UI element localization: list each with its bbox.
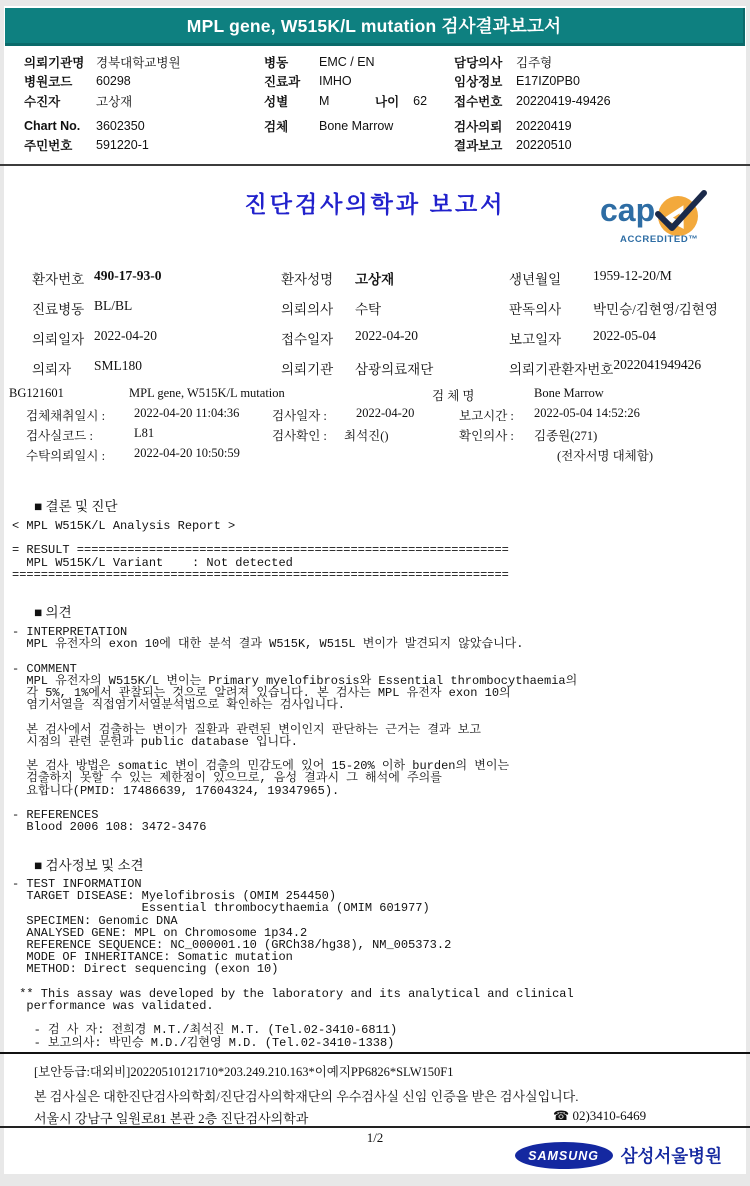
field-value: 60298 — [96, 74, 131, 88]
hospital-logo: SAMSUNG 삼성서울병원 — [515, 1142, 722, 1169]
field-value: IMHO — [319, 74, 352, 88]
testinfo-heading: ■ 검사정보 및 소견 — [34, 854, 144, 874]
report-title-text: MPL gene, W515K/L mutation 검사결과보고서 — [187, 13, 561, 38]
patient-cell: 생년월일 1959-12-20/M — [509, 268, 672, 288]
patient-row: 환자번호 490-17-93-0 환자성명 고상재 생년월일 1959-12-2… — [32, 268, 741, 298]
section-divider — [0, 164, 750, 166]
field-label: 진료병동 — [32, 298, 94, 318]
field-label: 성별 — [264, 92, 319, 110]
certification-statement: 본 검사실은 대한진단검사의학회/진단검사의학재단의 우수검사실 신임 인증을 … — [34, 1086, 579, 1105]
field-value: 2022-04-20 — [355, 328, 418, 348]
field-label: 임상정보 — [454, 72, 516, 90]
cap-accredited-logo: cap ACCREDITED™ — [600, 198, 712, 250]
header-info-table: 의뢰기관명 경북대학교병원 병원코드 60298 수진자 고상재 Chart N… — [24, 52, 741, 162]
opinion-body: - INTERPRETATION MPL 유전자의 exon 10에 대한 분석… — [12, 626, 742, 833]
testdate-value: 2022-04-20 — [356, 406, 414, 421]
field-label: 보고일자 — [509, 328, 593, 348]
field-label: 의뢰기관명 — [24, 53, 96, 71]
field-label: Chart No. — [24, 119, 96, 133]
patient-cell: 의뢰일자 2022-04-20 — [32, 328, 157, 348]
field-value: 고상재 — [355, 268, 394, 288]
info-column-2: 병동 EMC / EN 진료과 IMHO 성별 M 나이 62 검체 Bone … — [264, 52, 459, 135]
reporttime-label: 보고시간 : — [459, 406, 514, 424]
specimen-value: Bone Marrow — [534, 386, 604, 401]
patient-cell: 접수일자 2022-04-20 — [281, 328, 418, 348]
field-value: 591220-1 — [96, 138, 149, 152]
patient-cell: 보고일자 2022-05-04 — [509, 328, 656, 348]
field-label: 접수일자 — [281, 328, 355, 348]
field-label: 검체 — [264, 117, 319, 135]
field-label: 환자성명 — [281, 268, 355, 288]
info-column-3: 담당의사 김주형 임상정보 E17IZ0PB0 접수번호 20220419-49… — [454, 52, 749, 155]
request-value: 2022-04-20 10:50:59 — [134, 446, 240, 461]
field-label: 의뢰기관환자번호 — [509, 358, 613, 378]
request-label: 수탁의뢰일시 : — [26, 446, 105, 464]
field-label: 주민번호 — [24, 136, 96, 154]
conclusion-body: < MPL W515K/L Analysis Report > = RESULT… — [12, 520, 742, 581]
specimen-label: 검 체 명 — [432, 386, 474, 404]
labcode-value: L81 — [134, 426, 154, 441]
info-row: 병원코드 60298 — [24, 72, 254, 92]
labcode-label: 검사실코드 : — [26, 426, 93, 444]
address-line: 서울시 강남구 일원로81 본관 2층 진단검사의학과 — [34, 1108, 308, 1127]
info-row: 진료과 IMHO — [264, 72, 459, 92]
field-label: 접수번호 — [454, 92, 516, 110]
cap-accredited-text: ACCREDITED™ — [620, 234, 698, 245]
info-row: 병동 EMC / EN — [264, 52, 459, 72]
field-value: 김주형 — [516, 53, 552, 71]
info-row: 임상정보 E17IZ0PB0 — [454, 72, 749, 92]
field-label: 나이 — [375, 92, 399, 110]
info-column-1: 의뢰기관명 경북대학교병원 병원코드 60298 수진자 고상재 Chart N… — [24, 52, 254, 155]
verify-value: 최석진() — [344, 426, 389, 444]
field-value: 2022041949426 — [613, 358, 709, 378]
field-label: 결과보고 — [454, 136, 516, 154]
footer-divider — [0, 1052, 750, 1054]
testinfo-body: - TEST INFORMATION TARGET DISEASE: Myelo… — [12, 878, 742, 1049]
info-row: 결과보고 20220510 — [454, 135, 749, 155]
field-value: SML180 — [94, 358, 142, 378]
field-label: 의뢰자 — [32, 358, 94, 378]
confirm-label: 확인의사 : — [459, 426, 514, 444]
info-row: 의뢰기관명 경북대학교병원 — [24, 52, 254, 72]
patient-cell: 환자성명 고상재 — [281, 268, 394, 288]
patient-row: 진료병동 BL/BL 의뢰의사 수탁 판독의사 박민승/김현영/김현영 — [32, 298, 741, 328]
collect-label: 검체채취일시 : — [26, 406, 105, 424]
patient-cell: 의뢰기관 삼광의료재단 — [281, 358, 433, 378]
field-value: 3602350 — [96, 119, 145, 133]
test-code: BG121601 — [9, 386, 64, 401]
field-value: 62 — [413, 94, 427, 108]
field-label: 의뢰기관 — [281, 358, 355, 378]
patient-cell: 의뢰의사 수탁 — [281, 298, 381, 318]
field-value: M — [319, 94, 357, 108]
info-row: 담당의사 김주형 — [454, 52, 749, 72]
samsung-logo-oval: SAMSUNG — [515, 1142, 613, 1169]
info-row: 접수번호 20220419-49426 — [454, 91, 749, 111]
patient-cell: 의뢰자 SML180 — [32, 358, 142, 378]
opinion-heading: ■ 의견 — [34, 601, 72, 621]
patient-row: 의뢰일자 2022-04-20 접수일자 2022-04-20 보고일자 202… — [32, 328, 741, 358]
verify-label: 검사확인 : — [272, 426, 327, 444]
field-value: 고상재 — [96, 92, 132, 110]
confirm-value: 김종원(271) — [534, 426, 597, 444]
info-row: 검체 Bone Marrow — [264, 116, 459, 136]
field-label: 담당의사 — [454, 53, 516, 71]
field-label: 병원코드 — [24, 72, 96, 90]
field-value: 2022-04-20 — [94, 328, 157, 348]
field-label: 의뢰의사 — [281, 298, 355, 318]
cap-logo-text: cap — [600, 192, 655, 229]
checkmark-icon — [652, 190, 708, 236]
samsung-logo-text: SAMSUNG — [528, 1149, 599, 1163]
field-value: E17IZ0PB0 — [516, 74, 580, 88]
report-title-bar: MPL gene, W515K/L mutation 검사결과보고서 — [5, 8, 745, 46]
field-value: 490-17-93-0 — [94, 268, 162, 288]
info-row: 수진자 고상재 — [24, 91, 254, 111]
test-name: MPL gene, W515K/L mutation — [129, 386, 285, 401]
field-label: 의뢰일자 — [32, 328, 94, 348]
field-label: 환자번호 — [32, 268, 94, 288]
field-label: 수진자 — [24, 92, 96, 110]
field-value: 20220419 — [516, 119, 572, 133]
test-meta-block: BG121601 MPL gene, W515K/L mutation 검 체 … — [4, 386, 746, 472]
field-label: 병동 — [264, 53, 319, 71]
field-label: 진료과 — [264, 72, 319, 90]
field-value: 경북대학교병원 — [96, 53, 181, 71]
field-value: 삼광의료재단 — [355, 358, 433, 378]
bottom-divider — [0, 1126, 750, 1128]
patient-cell: 진료병동 BL/BL — [32, 298, 132, 318]
testdate-label: 검사일자 : — [272, 406, 327, 424]
report-page: MPL gene, W515K/L mutation 검사결과보고서 의뢰기관명… — [4, 6, 746, 1174]
field-label: 생년월일 — [509, 268, 593, 288]
field-value: BL/BL — [94, 298, 132, 318]
info-row: 주민번호 591220-1 — [24, 135, 254, 155]
collect-value: 2022-04-20 11:04:36 — [134, 406, 239, 421]
info-row-sex-age: 성별 M 나이 62 — [264, 91, 459, 111]
field-value: 2022-05-04 — [593, 328, 656, 348]
hospital-name: 삼성서울병원 — [621, 1143, 722, 1168]
field-value: 박민승/김현영/김현영 — [593, 298, 718, 318]
field-label: 검사의뢰 — [454, 117, 516, 135]
esign-note: (전자서명 대체함) — [557, 446, 653, 464]
patient-cell: 환자번호 490-17-93-0 — [32, 268, 162, 288]
reporttime-value: 2022-05-04 14:52:26 — [534, 406, 640, 421]
info-row: 검사의뢰 20220419 — [454, 116, 749, 136]
field-value: 20220419-49426 — [516, 94, 611, 108]
security-classification-line: [보안등급:대외비]20220510121710*203.249.210.163… — [34, 1062, 454, 1080]
info-row: Chart No. 3602350 — [24, 116, 254, 136]
patient-cell: 의뢰기관환자번호 2022041949426 — [509, 358, 709, 378]
field-value: Bone Marrow — [319, 119, 393, 133]
field-value: EMC / EN — [319, 55, 375, 69]
field-value: 20220510 — [516, 138, 572, 152]
conclusion-heading: ■ 결론 및 진단 — [34, 495, 117, 515]
field-value: 수탁 — [355, 298, 381, 318]
phone-number: ☎ 02)3410-6469 — [553, 1108, 646, 1124]
patient-cell: 판독의사 박민승/김현영/김현영 — [509, 298, 718, 318]
patient-info-table: 환자번호 490-17-93-0 환자성명 고상재 생년월일 1959-12-2… — [32, 268, 741, 388]
field-label: 판독의사 — [509, 298, 593, 318]
field-value: 1959-12-20/M — [593, 268, 672, 288]
patient-row: 의뢰자 SML180 의뢰기관 삼광의료재단 의뢰기관환자번호 20220419… — [32, 358, 741, 388]
